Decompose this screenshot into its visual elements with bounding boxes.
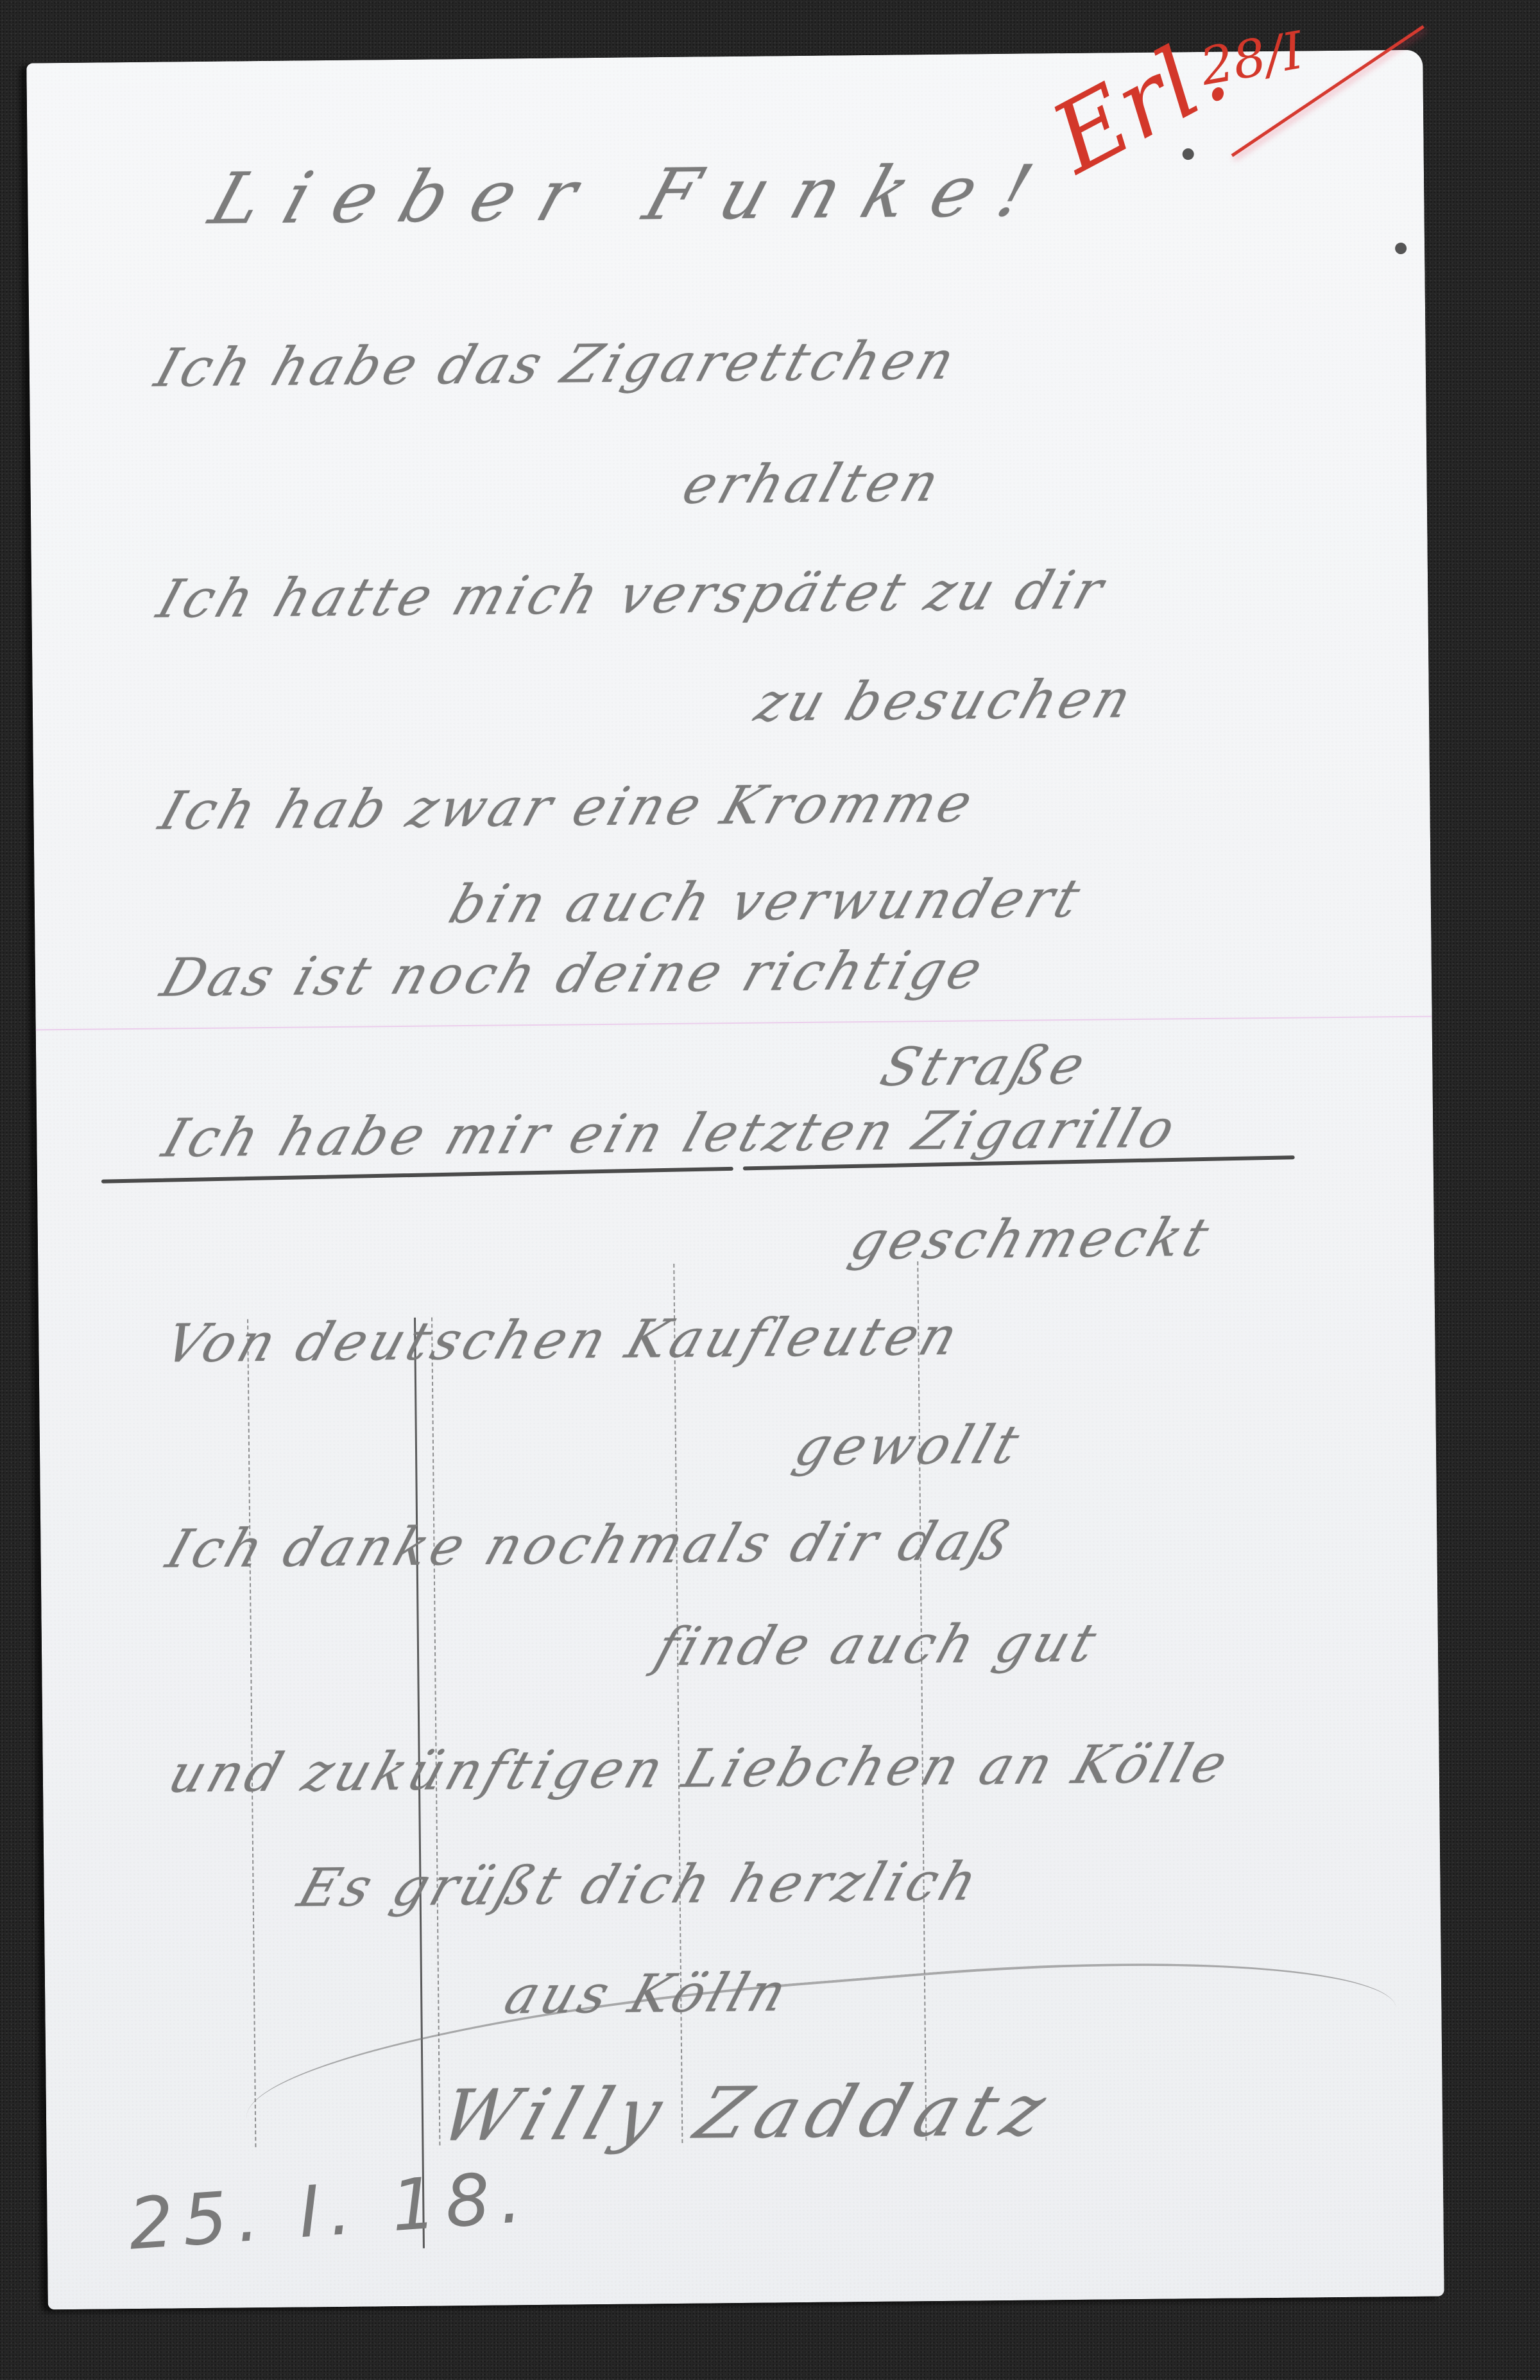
text-line: Ich habe mir ein letzten Zigarillo [155,1098,1186,1169]
text-line: erhalten [676,453,950,516]
text-line: Ich hab zwar eine Kromme [152,773,983,841]
text-line: Ich danke nochmals dir daß [160,1511,1022,1580]
pencil-mark [1183,148,1194,160]
address-line [101,1167,733,1184]
text-line: Ich hatte mich verspätet zu dir [150,560,1114,630]
fold-line [36,1016,1432,1031]
pencil-mark [1395,243,1407,254]
text-line: finde auch gut [648,1612,1107,1678]
text-line: geschmeckt [843,1207,1220,1272]
text-line: Von deutschen Kaufleuten [157,1306,968,1375]
text-line: gewollt [787,1415,1030,1478]
text-line: Straße [873,1035,1095,1098]
text-line: bin auch verwundert [442,868,1091,936]
text-line: Ich habe das Zigarettchen [148,330,966,399]
text-line: und zukünftigen Liebchen an Kölle [162,1734,1238,1805]
dotted-ruling [431,1318,440,2146]
text-line: Es grüßt dich herzlich [291,1851,989,1919]
signature: Willy Zaddatz [431,2069,1065,2157]
postcard: Lieber Funke! Ich habe das Zigarettchen … [26,50,1444,2310]
text-line: Das ist noch deine richtige [154,940,993,1009]
greeting: Lieber Funke! [201,150,1068,240]
dotted-ruling [247,1319,256,2147]
text-line: zu besuchen [748,669,1142,734]
